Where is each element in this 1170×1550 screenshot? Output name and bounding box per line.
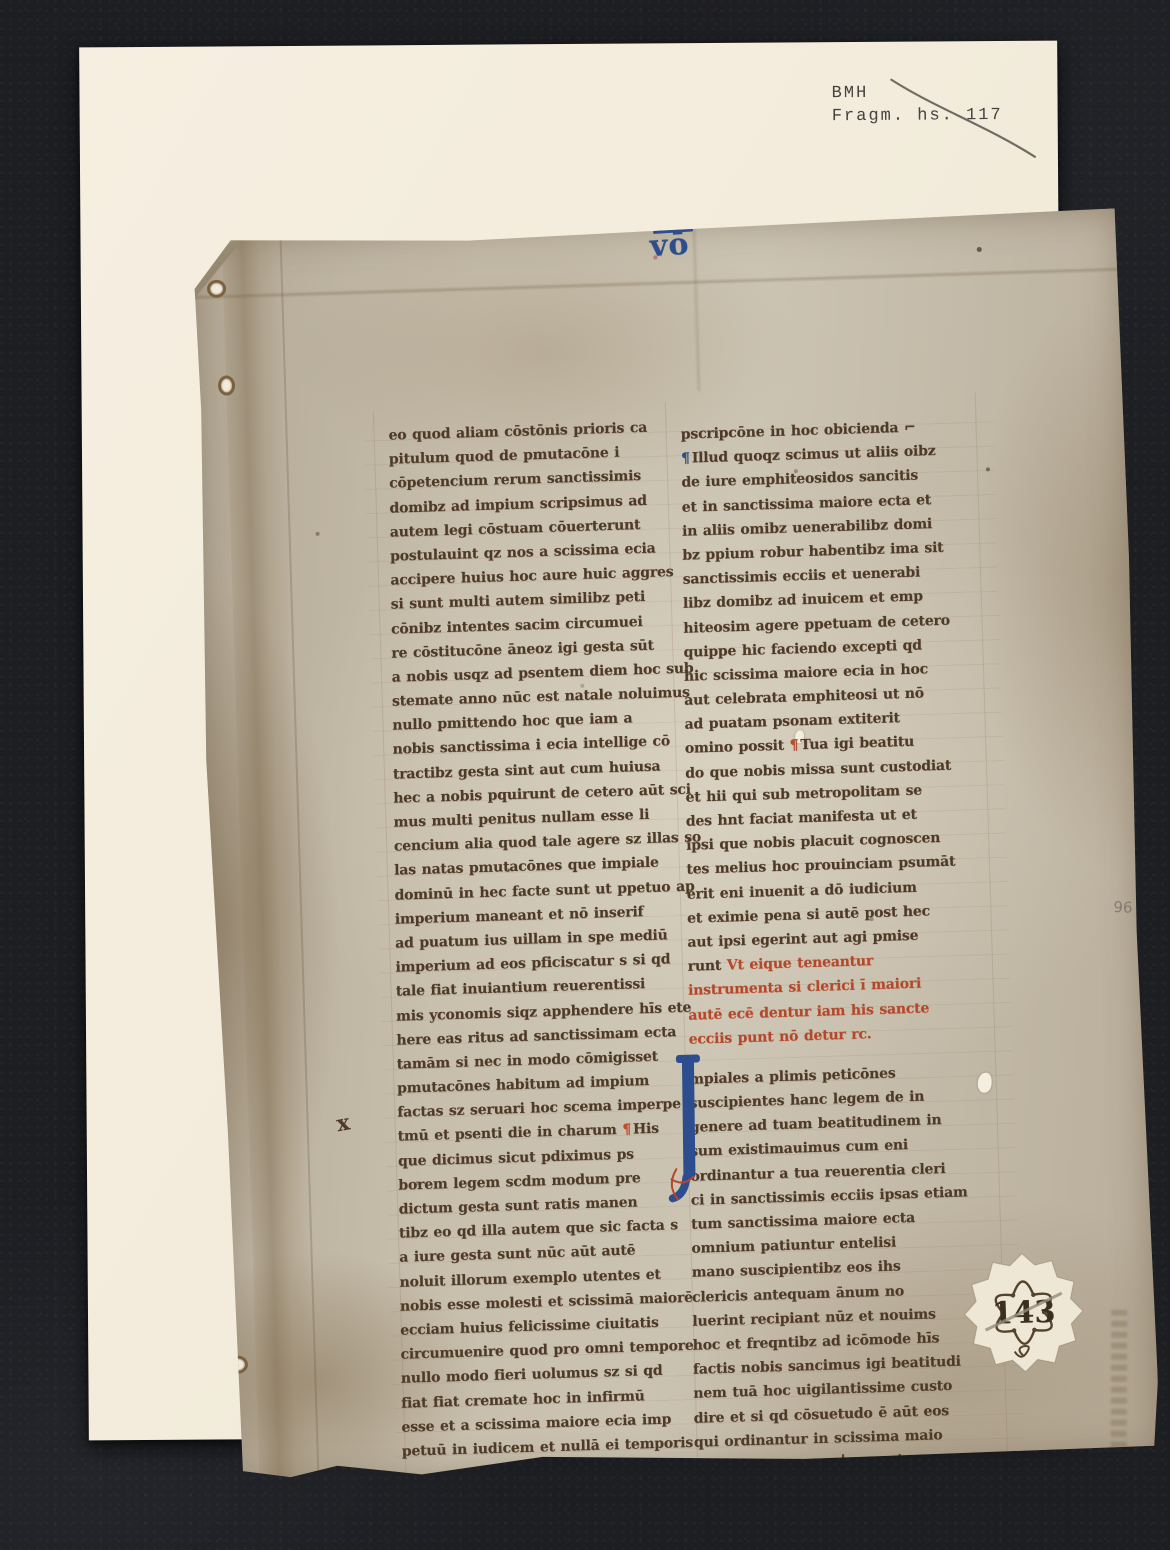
ink-text: cōpetencium rerum sanctissimis: [389, 468, 641, 492]
ink-text: aut celebrata emphiteosi ut nō: [684, 685, 924, 708]
rubric-text: autē ecē dentur iam his sancte: [688, 1000, 929, 1023]
ink-text: noluit illorum exemplo utentes et: [399, 1266, 660, 1290]
vertical-crease: [692, 221, 700, 391]
ink-text: hic scissima maiore ecia in hoc: [684, 661, 928, 684]
ink-text: dominū in hec facte sunt ut ppetuo ap: [394, 878, 694, 903]
ink-text: mus multi penitus nullam esse li: [393, 807, 649, 831]
text-column-left: eo quod aliam cōstōnis prioris capitulum…: [388, 415, 693, 1464]
ink-text: petuū in iudicem et nullā ei temporis: [402, 1435, 693, 1460]
blue-paraph-icon: ¶: [681, 451, 692, 467]
red-paraph-icon: ¶: [622, 1122, 633, 1138]
illuminated-initial-I: [663, 1050, 711, 1211]
ink-text: ipsi que nobis placuit cognoscen: [686, 830, 940, 854]
ink-text: quippe hic faciendo excepti qd: [684, 637, 922, 660]
archive-label-line1: BMH: [832, 81, 1003, 105]
ink-text: mano suscipientibz eos ihs: [692, 1259, 901, 1281]
ink-text: tum sanctissima maiore ecta: [691, 1210, 915, 1233]
ink-text: nullo modo fieri uolumus sz si qd: [401, 1363, 663, 1387]
ink-text: ⌐: [904, 420, 916, 436]
ink-text: et eximie pena si autē post hec: [687, 903, 930, 926]
manuscript-line: re eccia.: [842, 1445, 996, 1474]
archive-label-line2: Fragm. hs. 117: [832, 104, 1003, 128]
ink-text: omino possit: [685, 738, 790, 757]
ink-text: ecciam huius felicissime ciuitatis: [400, 1315, 659, 1339]
ink-text: tractibz gesta sint aut cum huiusa: [393, 758, 661, 782]
ink-text: suscipientes hanc legem de in: [689, 1089, 924, 1112]
ink-text: clericis antequam ānum no: [692, 1283, 904, 1305]
ink-specks: [187, 237, 189, 239]
ink-text: tibz eo qd illa autem que sic facta s: [399, 1217, 678, 1242]
ink-text: ordinantur a tua reuerentia cleri: [690, 1161, 945, 1185]
worm-hole: [228, 1355, 249, 1374]
ink-text: et in sanctissima maiore ecta et: [682, 492, 932, 516]
ink-text: in aliis omibz uenerabilibz domi: [682, 516, 932, 540]
quire-signature: vō: [649, 227, 691, 265]
ink-text: a iure gesta sunt nūc aūt autē: [399, 1243, 635, 1266]
binding-fold-band: [221, 234, 317, 1483]
rubric-text: instrumenta si clerici ī maiori: [688, 976, 921, 999]
ink-text: re cōstitucōne āneoz igi gesta sūt: [391, 637, 654, 661]
archive-label: BMH Fragm. hs. 117: [832, 81, 1003, 128]
margin-x-mark: x: [335, 1109, 352, 1137]
ink-text: tale fiat inuiantium reuerentissi: [396, 976, 645, 1000]
manuscript-leaf: vō eo quod aliam cōstōnis prioris capitu…: [187, 208, 1160, 1484]
ink-text: hoc et freqntibz ad icōmode hīs: [693, 1330, 940, 1354]
rubric-text: ecciis punt nō detur rc.: [689, 1026, 872, 1048]
ink-text: tmū et psenti die in charum: [398, 1122, 623, 1145]
ink-text: erit eni inuenit a dō iudicium: [687, 879, 917, 902]
pencil-folio-note: 96: [1113, 898, 1133, 917]
text-column-right: pscripcōne in hoc obicienda ⌐¶Illud quoq…: [681, 413, 997, 1478]
ink-text: stemate anno nūc est natale noluimus: [392, 685, 690, 710]
ink-text: genere ad tuam beatitudinem in: [690, 1112, 942, 1136]
ink-text: eo quod aliam cōstōnis prioris ca: [388, 420, 647, 444]
collection-stamp-143: 143: [961, 1250, 1087, 1376]
ink-text: omnium patiuntur entelisi: [691, 1235, 896, 1257]
ink-text: His: [633, 1121, 659, 1138]
red-paraph-icon: ¶: [790, 738, 801, 754]
ink-text: runt: [688, 958, 727, 975]
horizontal-crease: [189, 266, 1124, 301]
ink-text: cōnibz intentes sacim circumuei: [391, 613, 643, 637]
ink-text: pmutacōnes habitum ad impium: [397, 1073, 649, 1097]
ink-text: pscripcōne in hoc obicienda: [681, 420, 904, 443]
ink-text: dictum gesta sunt ratis manen: [399, 1194, 638, 1217]
ink-text: borem legem scdm modum pre: [398, 1170, 640, 1193]
ink-text: nullo pmittendo hoc que iam a: [392, 711, 632, 734]
ink-text: sum existimauimus cum eni: [690, 1138, 908, 1161]
ink-text: Tua igi beatitu: [800, 734, 914, 753]
ink-text: mpiales a plimis peticōnes: [689, 1065, 895, 1087]
ink-text: qui ordinantur in scissima maio: [694, 1427, 943, 1451]
ink-text: des hnt faciat manifesta ut et: [686, 807, 917, 830]
bracketed-note: re eccia.: [842, 1452, 926, 1474]
ink-text: nobis sanctissima i ecia intellige cō: [393, 734, 671, 758]
rubric-text: Vt eique teneantur: [727, 953, 873, 973]
ink-text: ci in sanctissimis ecciis ipsas etiam: [691, 1184, 968, 1208]
ink-text: de iure emphiteosidos sancitis: [681, 468, 918, 491]
ink-text: et hii qui sub metropolitam se: [685, 782, 922, 805]
ink-text: Illud quoqz scimus ut aliis oibz: [692, 443, 936, 466]
ink-text: libz domibz ad inuicem et emp: [683, 589, 923, 612]
ink-text: imperium maneant et nō inserif: [395, 904, 644, 928]
ink-text: sanctissimis ecciis et uenerabi: [683, 565, 921, 588]
mount-card: BMH Fragm. hs. 117 vō eo quod aliam cōst…: [79, 41, 1067, 1441]
ink-text: ad puatam psonam extiterit: [684, 710, 899, 733]
ink-text: nem tuā hoc uigilantissime custo: [693, 1378, 952, 1402]
ink-text: dire et si qd cōsuetudo ē aūt eos: [694, 1402, 950, 1426]
ink-text: autem legi cōstuam cōuerterunt: [390, 517, 641, 541]
ink-text: pitulum quod de pmutacōne i: [389, 445, 620, 468]
ink-text: hiteosim agere ppetuam de cetero: [683, 612, 950, 636]
ink-text: tes melius hoc prouinciam psumāt: [686, 854, 955, 878]
ink-text: do que nobis missa sunt custodiat: [685, 757, 951, 781]
faint-vertical-inscription: [1111, 1309, 1128, 1459]
ink-text: si sunt multi autem similibz peti: [391, 589, 645, 613]
ink-text: domibz ad impium scripsimus ad: [389, 492, 647, 516]
ink-text: fiat fiat cremate hoc in infirmū: [401, 1388, 645, 1411]
ink-text: luerint recipiant nūz et nouims: [692, 1306, 935, 1329]
ink-text: las natas pmutacōnes que impiale: [394, 855, 659, 879]
ink-text: que dicimus sicut pdiximus ps: [398, 1146, 634, 1169]
ink-text: aut ipsi egerint aut agi pmise: [687, 928, 918, 951]
